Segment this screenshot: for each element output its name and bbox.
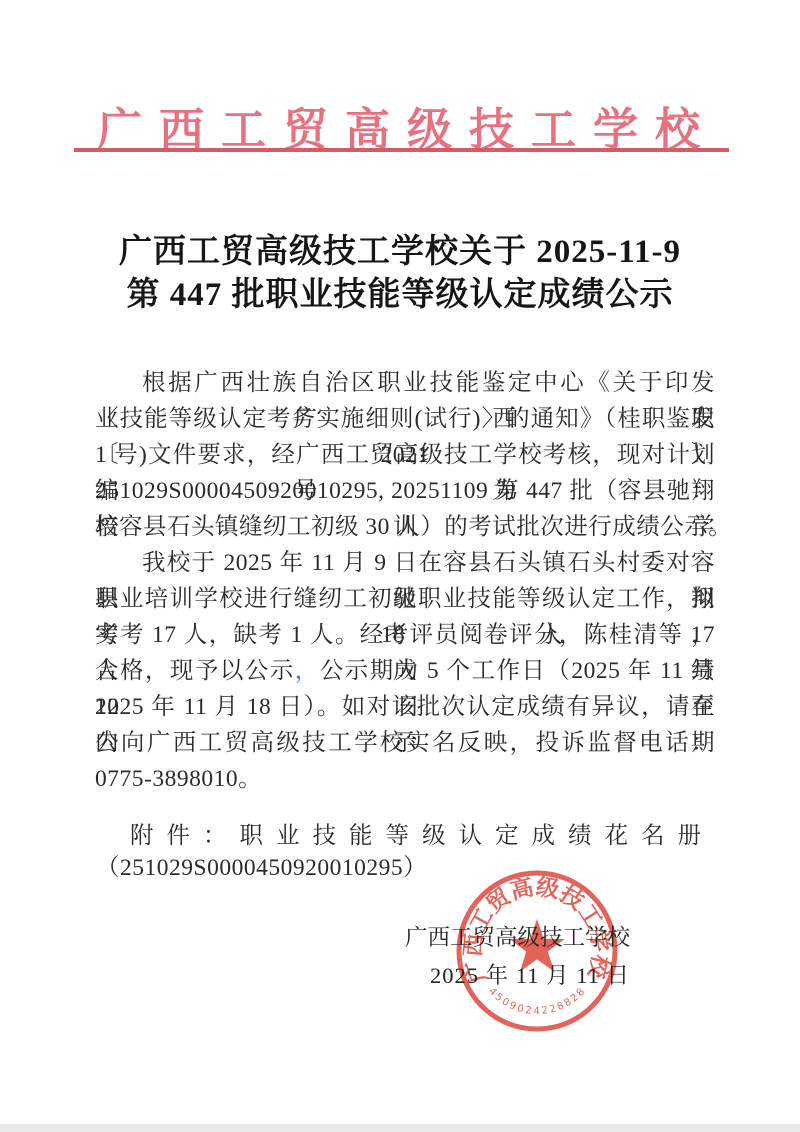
body-line: 1 号)文件要求，经广西工贸高级技工学校考核，现对计划编号为： (95, 437, 715, 473)
body-line: 合格，现予以公示，公示期为 5 个工作日（2025 年 11 月 12 日至 (95, 653, 715, 689)
attachment-label: 附件：职业技能等级认定成绩花名册 (130, 816, 720, 850)
body-line: 业技能等级认定考务实施细则(试行)〉的通知》（桂职鉴发〔2021〕 (95, 401, 715, 437)
document-title-line1: 广西工贸高级技工学校关于 2025-11-9 (60, 231, 740, 274)
signature-organization: 广西工贸高级技工学校 (380, 920, 630, 952)
document-title: 广西工贸高级技工学校关于 2025-11-9 第 447 批职业技能等级认定成绩… (60, 231, 740, 317)
scan-edge-shadow (0, 1124, 800, 1132)
body-line: 内向广西工贸高级技工学校实名反映，投诉监督电话： (95, 725, 715, 761)
body-line: 根据广西壮族自治区职业技能鉴定中心《关于印发〈广西职 (95, 365, 715, 401)
body-line: 校容县石头镇缝纫工初级 30 人）的考试批次进行成绩公示。 (95, 509, 715, 545)
attachment-id: （251029S0000450920010295） (96, 848, 427, 882)
body-line: 实考 17 人，缺考 1 人。经考评员阅卷评分，陈桂清等 17 人成绩 (95, 617, 715, 653)
body-line: 职业培训学校进行缝纫工初级职业技能等级认定工作，拟考 18 人， (95, 581, 715, 617)
body-line: 0775-3898010。 (95, 761, 715, 797)
document-body: 根据广西壮族自治区职业技能鉴定中心《关于印发〈广西职 业技能等级认定考务实施细则… (95, 365, 715, 797)
official-seal-stamp: 广西工贸高级技工学校 4509024228828 (440, 852, 640, 1052)
signature-date: 2025 年 11 月 11 日 (380, 958, 630, 990)
document-title-line2: 第 447 批职业技能等级认定成绩公示 (60, 274, 740, 317)
body-line: 251029S0000450920010295, 20251109 第 447 … (95, 473, 715, 509)
body-line: 我校于 2025 年 11 月 9 日在容县石头镇石头村委对容县驰翔 (95, 545, 715, 581)
letterhead-rule (74, 148, 729, 152)
highlighted-comma: ， (295, 658, 320, 684)
body-line-segment: 合格，现予以公示 (95, 658, 295, 684)
body-line: 2025 年 11 月 18 日）。如对该批次认定成绩有异议，请在公示期 (95, 689, 715, 725)
document-page: 广西工贸高级技工学校 广西工贸高级技工学校关于 2025-11-9 第 447 … (0, 0, 800, 1132)
